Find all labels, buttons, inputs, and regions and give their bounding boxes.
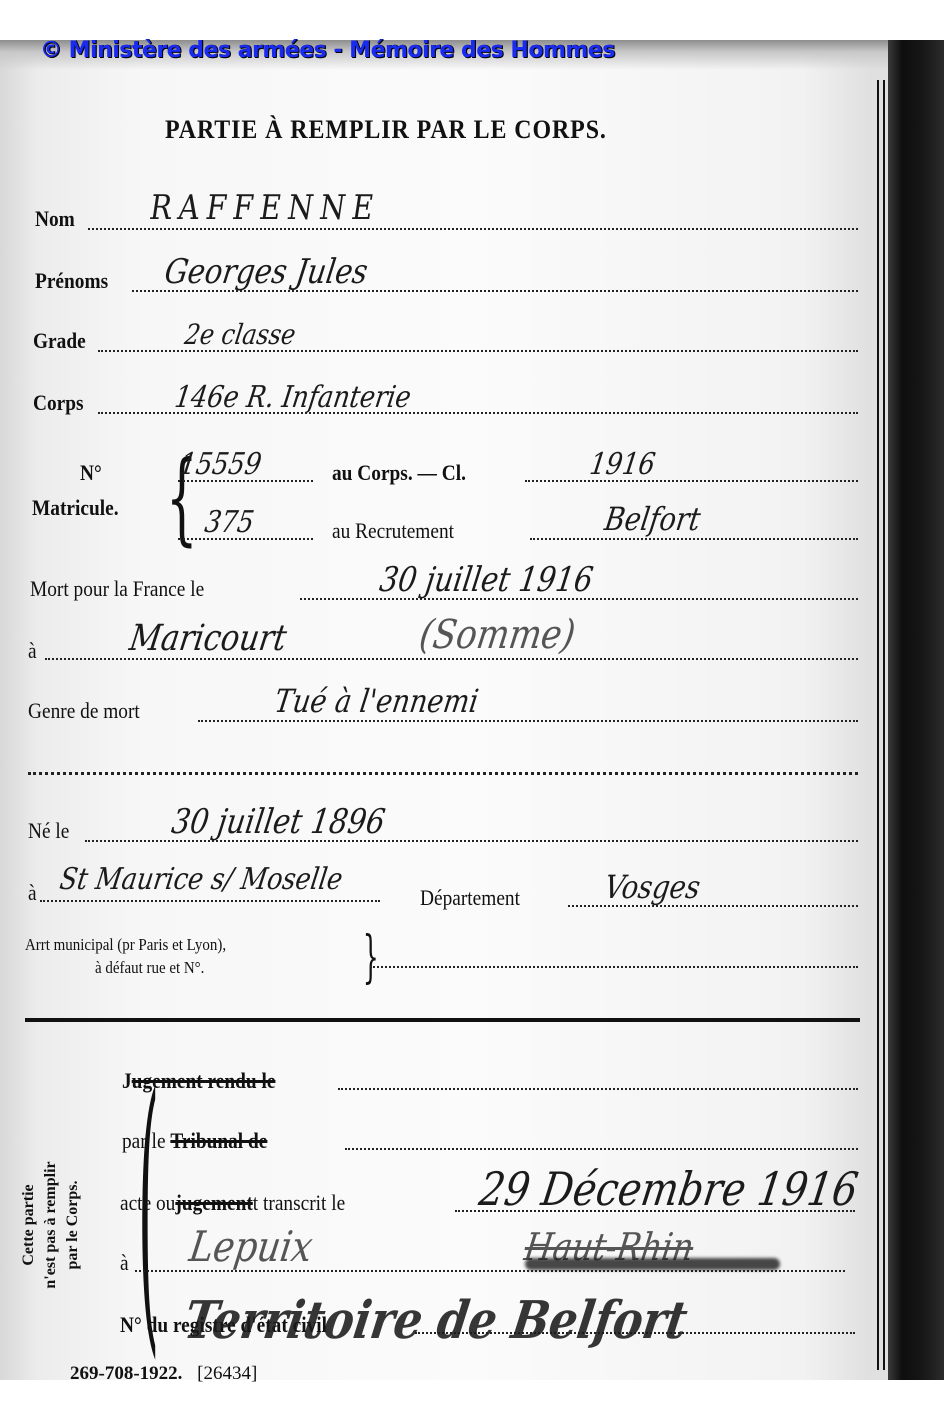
transcrit-a-label: à bbox=[120, 1250, 129, 1276]
border-line bbox=[883, 80, 885, 1370]
prenoms-label: Prénoms bbox=[35, 268, 108, 294]
ne-a-label: à bbox=[28, 880, 37, 906]
copyright-watermark: © Ministère des armées - Mémoire des Hom… bbox=[40, 38, 615, 63]
jugement-label: Jugement rendu le bbox=[122, 1068, 275, 1094]
lieu-mort-label: à bbox=[28, 638, 37, 664]
matricule-corps-label: au Corps. — Cl. bbox=[332, 460, 466, 486]
tribunal-label: par le Tribunal de bbox=[122, 1128, 267, 1154]
arrondissement-line bbox=[370, 966, 858, 968]
side-note: Cette partie n'est pas à remplir par le … bbox=[18, 1105, 98, 1345]
ne-a-line bbox=[40, 900, 380, 902]
mort-label: Mort pour la France le bbox=[30, 576, 204, 602]
lieu-mort-value: Maricourt bbox=[127, 618, 289, 659]
matricule-no-label: N° bbox=[80, 460, 102, 486]
lieu-mort-dept-value: (Somme) bbox=[417, 612, 579, 658]
departement-value: Vosges bbox=[602, 868, 703, 906]
side-note-line-3: par le Corps. bbox=[62, 1105, 84, 1345]
transcrit-a-value: Lepuix bbox=[186, 1222, 316, 1271]
acte-label: acte oujugementt transcrit le bbox=[120, 1190, 345, 1216]
mort-value: 30 juillet 1916 bbox=[377, 560, 596, 600]
matricule-label: Matricule. bbox=[32, 495, 119, 521]
recrutement-place-value: Belfort bbox=[602, 500, 703, 538]
page-dark-edge bbox=[888, 40, 944, 1380]
ne-a-value: St Maurice s/ Moselle bbox=[57, 862, 344, 897]
acte-date-value: 29 Décembre 1916 bbox=[476, 1162, 862, 1216]
prenoms-value: Georges Jules bbox=[162, 252, 370, 292]
nom-line bbox=[88, 228, 858, 230]
border-line bbox=[877, 80, 879, 1370]
classe-value: 1916 bbox=[587, 447, 657, 482]
side-note-line-2: n'est pas à remplir bbox=[40, 1105, 62, 1345]
nom-label: Nom bbox=[35, 206, 75, 232]
corps-label: Corps bbox=[33, 390, 84, 416]
ne-le-label: Né le bbox=[28, 818, 69, 844]
form-title: PARTIE À REMPLIR PAR LE CORPS. bbox=[165, 115, 717, 145]
side-note-line-1: Cette partie bbox=[18, 1105, 40, 1345]
print-code: 269-708-1922. [26434] bbox=[70, 1363, 257, 1385]
matricule-corps-value: 15559 bbox=[177, 447, 263, 482]
departement-label: Département bbox=[420, 885, 520, 911]
arrondissement-label-2: à défaut rue et N°. bbox=[95, 958, 204, 978]
registre-value: Territoire de Belfort bbox=[180, 1290, 691, 1351]
recrutement-label: au Recrutement bbox=[332, 518, 454, 544]
matricule-recrutement-value: 375 bbox=[202, 505, 256, 540]
blank-line bbox=[28, 772, 858, 775]
genre-mort-line bbox=[198, 720, 858, 722]
genre-mort-value: Tué à l'ennemi bbox=[272, 682, 481, 720]
tribunal-line bbox=[345, 1148, 858, 1150]
arrondissement-label-1: Arrt municipal (pr Paris et Lyon), bbox=[25, 935, 226, 955]
classe-line bbox=[525, 480, 858, 482]
scratch-out bbox=[525, 1258, 780, 1270]
section-divider bbox=[25, 1018, 860, 1022]
grade-value: 2e classe bbox=[183, 318, 298, 351]
recrutement-place-line bbox=[530, 538, 858, 540]
jugement-line bbox=[338, 1088, 858, 1090]
genre-mort-label: Genre de mort bbox=[28, 698, 140, 724]
nom-value: RAFFENNE bbox=[147, 188, 383, 228]
corps-value: 146e R. Infanterie bbox=[172, 380, 413, 415]
arrondissement-brace: } bbox=[363, 930, 379, 986]
ne-le-value: 30 juillet 1896 bbox=[169, 802, 388, 842]
grade-label: Grade bbox=[33, 328, 86, 354]
